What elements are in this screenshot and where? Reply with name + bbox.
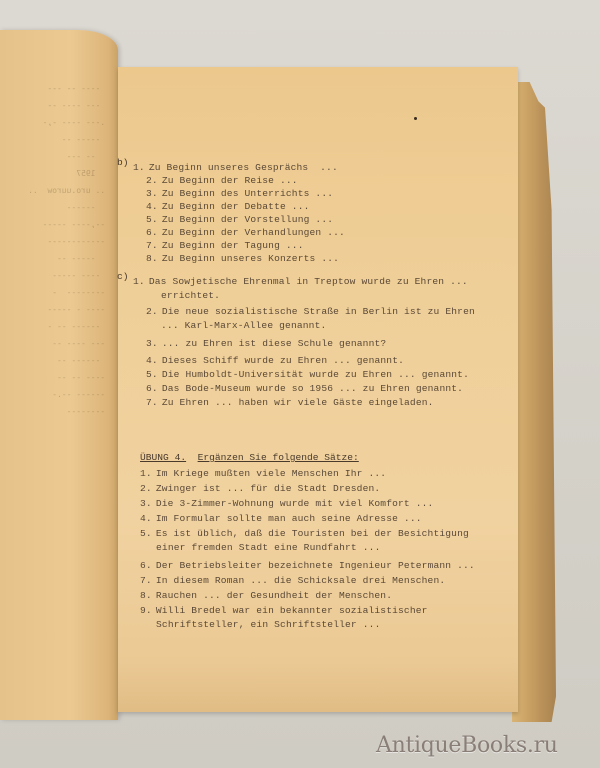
- left-page-bleedthrough-text: ---- -- --- --- ---- -- .--- ---- -,- --…: [0, 80, 110, 420]
- watermark-logo: AntiqueBooks.ru: [376, 733, 558, 758]
- list-item: 7. Zu Ehren ... haben wir viele Gäste ei…: [146, 392, 434, 410]
- left-facing-page: ---- -- --- --- ---- -- .--- ---- -,- --…: [0, 30, 118, 720]
- section-b-label: b): [117, 157, 129, 168]
- list-item-continuation: Schriftsteller, ein Schriftsteller ...: [156, 614, 380, 632]
- section-c-label: c): [117, 271, 129, 282]
- exercise-4-instruction: Ergänzen Sie folgende Sätze:: [198, 452, 359, 463]
- ink-speck: [414, 117, 417, 120]
- list-item: 8. Zu Beginn unseres Konzerts ...: [146, 248, 339, 266]
- list-item: 3. ... zu Ehren ist diese Schule genannt…: [146, 333, 386, 351]
- page-stack-edge: [512, 82, 556, 722]
- list-item-continuation: einer fremden Stadt eine Rundfahrt ...: [156, 537, 380, 555]
- list-item-continuation: ... Karl-Marx-Allee genannt.: [161, 315, 326, 333]
- photo-scene: ---- -- --- --- ---- -- .--- ---- -,- --…: [0, 0, 600, 768]
- exercise-4-label: ÜBUNG 4.: [140, 452, 186, 463]
